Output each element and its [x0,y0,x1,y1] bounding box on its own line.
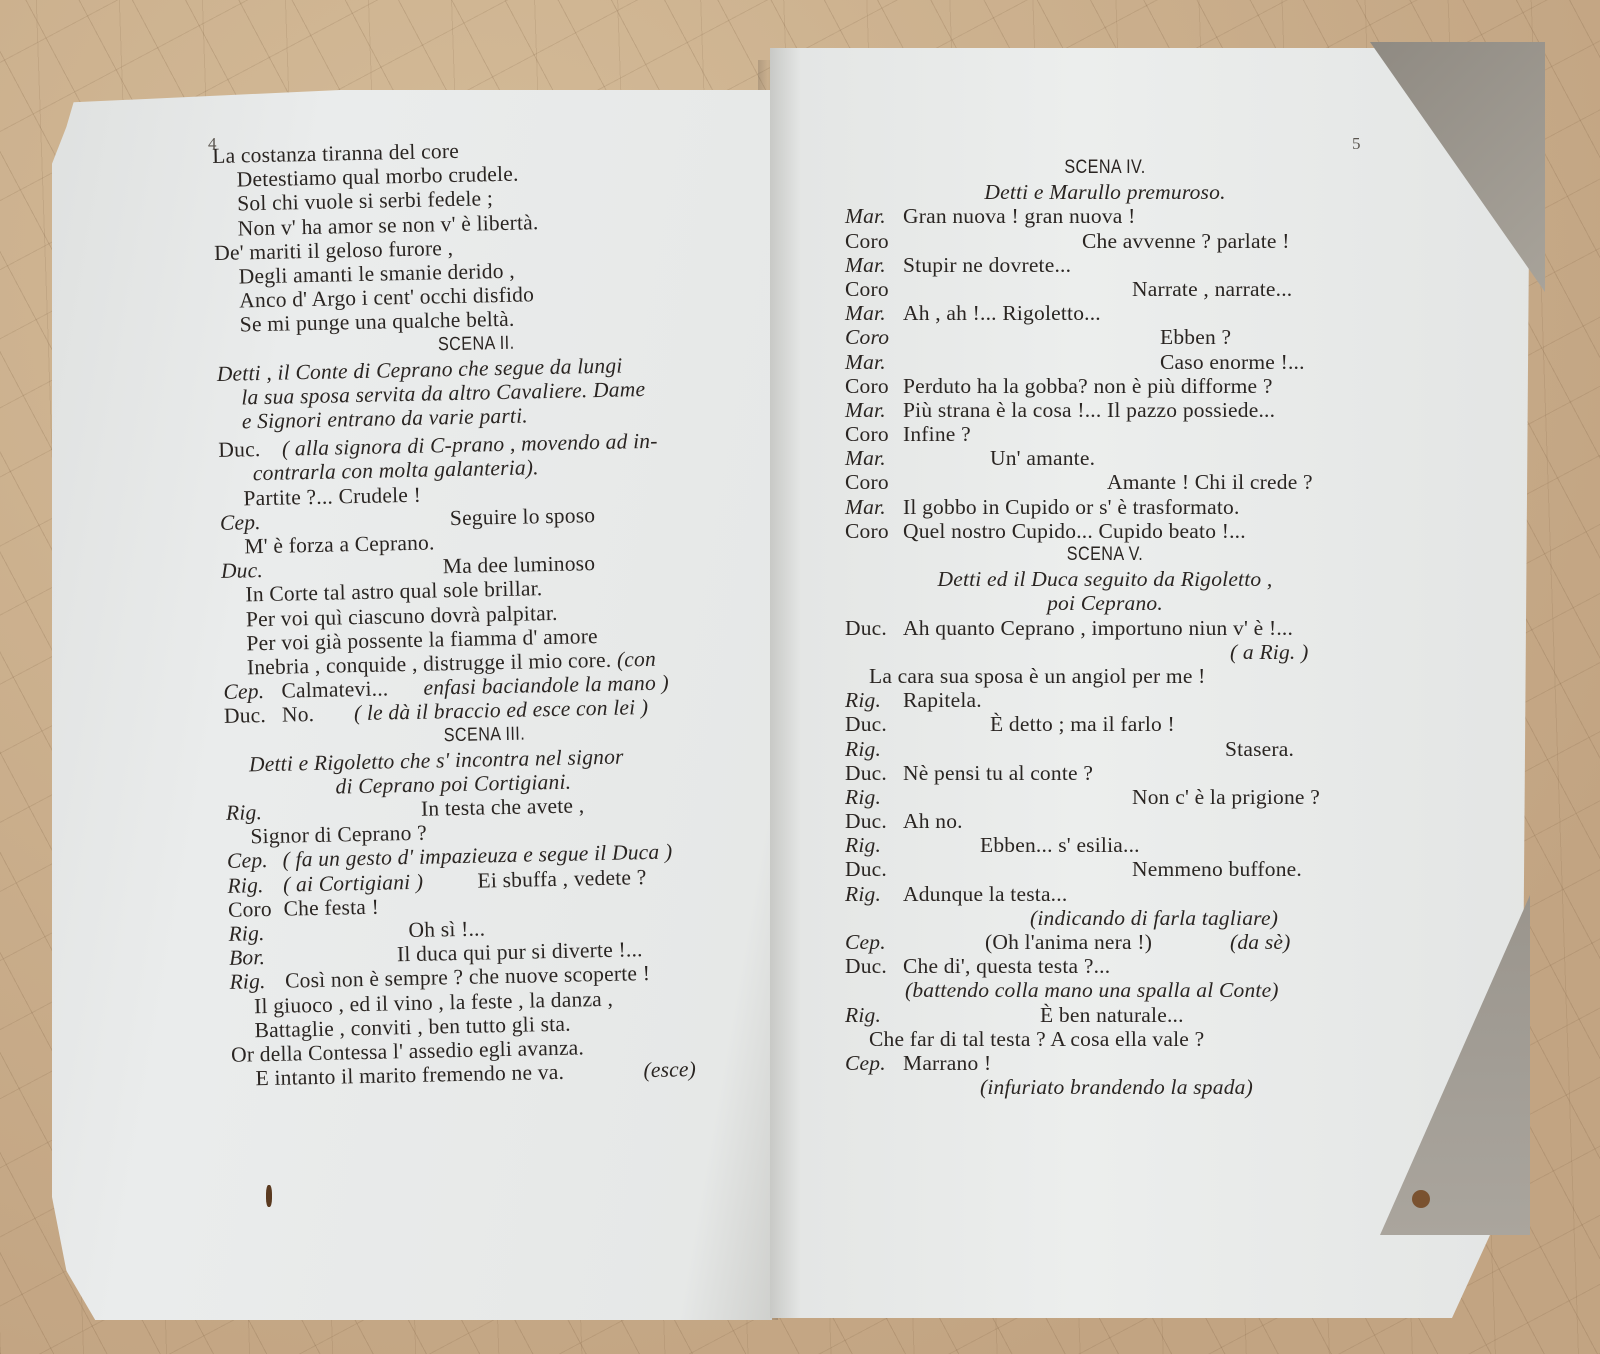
speaker: Duc. [224,703,282,728]
speaker: Mar. [845,253,903,277]
dialogue-line: Rig.Stasera. [845,737,1365,761]
speaker: Rig. [228,921,286,946]
page-number-right: 5 [1352,134,1361,154]
dialogue-line: ( a Rig. ) [845,640,1365,664]
dialogue-line: Mar.Stupir ne dovrete... [845,253,1365,277]
dialogue-line: CoroChe avvenne ? parlate ! [845,229,1365,253]
speaker: Rig. [226,800,284,825]
dialogue-line: Che far di tal testa ? A cosa ella vale … [845,1027,1365,1051]
dialogue-line: Duc.Ah quanto Ceprano , importuno niun v… [845,616,1365,640]
speaker: Coro [845,470,903,494]
speaker: Cep. [223,679,281,704]
dialogue-line: Cep.(Oh l'anima nera !)(da sè) [845,930,1365,954]
speaker: Mar. [845,301,903,325]
speaker: Coro [845,519,903,543]
speaker: Coro [228,897,278,922]
scene-heading: SCENA V. [884,543,1326,567]
speaker: Mar. [845,350,903,374]
dialogue-line: Duc.Nemmeno buffone. [845,857,1365,881]
speaker: Duc. [845,712,903,736]
dialogue-line: Mar.Un' amante. [845,446,1365,470]
dialogue-line: (battendo colla mano una spalla al Conte… [845,978,1365,1002]
dialogue-line: Mar.Caso enorme !... [845,350,1365,374]
speaker: Duc. [845,857,903,881]
speaker: Mar. [845,495,903,519]
speaker: Coro [845,325,903,349]
speaker: Cep. [227,848,277,873]
speaker: Mar. [845,204,903,228]
speaker: Coro [845,422,903,446]
dialogue-line: CoroEbben ? [845,325,1365,349]
speaker: Rig. [845,688,903,712]
dialogue-line: La cara sua sposa è un angiol per me ! [845,664,1365,688]
right-page-text: SCENA IV. Detti e Marullo premuroso. Mar… [845,156,1365,1099]
dialogue-line: Rig.Rapitela. [845,688,1365,712]
dialogue-line: CoroQuel nostro Cupido... Cupido beato !… [845,519,1365,543]
speaker: Rig. [845,882,903,906]
dialogue-line: (indicando di farla tagliare) [845,906,1365,930]
dialogue-line: Mar.Ah , ah !... Rigoletto... [845,301,1365,325]
speaker: Rig. [845,785,903,809]
speaker: Duc. [845,761,903,785]
speaker: Bor. [229,945,287,970]
speaker: Rig. [845,737,903,761]
stage-direction: Detti ed il Duca seguito da Rigoletto , [845,567,1365,591]
dialogue-line: Rig.Adunque la testa... [845,882,1365,906]
speaker: Rig. [227,872,277,897]
dialogue-line: Rig.Non c' è la prigione ? [845,785,1365,809]
speaker: Cep. [220,510,278,535]
speaker: Mar. [845,398,903,422]
speaker: Duc. [218,437,276,462]
ink-stain [1412,1190,1430,1208]
left-page-text: La costanza tiranna del core Detestiamo … [212,133,752,1091]
dialogue-line: Duc.È detto ; ma il farlo ! [845,712,1365,736]
speaker: Duc. [221,558,279,583]
dialogue-line: Rig.Ebben... s' esilia... [845,833,1365,857]
dialogue-line: Cep.Marrano ! [845,1051,1365,1075]
speaker: Duc. [845,954,903,978]
dialogue-line: Rig.È ben naturale... [845,1003,1365,1027]
dialogue-line: Duc.Ah no. [845,809,1365,833]
speaker: Cep. [845,930,903,954]
dialogue-line: Mar.Il gobbo in Cupido or s' è trasforma… [845,495,1365,519]
dialogue-line: Duc.Che di', questa testa ?... [845,954,1365,978]
stage-direction: poi Ceprano. [845,591,1365,615]
dialogue-line: CoroAmante ! Chi il crede ? [845,470,1365,494]
speaker: Coro [845,277,903,301]
speaker: Rig. [845,833,903,857]
dialogue-line: CoroInfine ? [845,422,1365,446]
speaker: Cep. [845,1051,903,1075]
speaker: Mar. [845,446,903,470]
speaker: Rig. [229,969,279,994]
speaker: Duc. [845,616,903,640]
dialogue-line: (infuriato brandendo la spada) [845,1075,1365,1099]
speaker: Rig. [845,1003,903,1027]
ink-stain [266,1185,272,1207]
dialogue-line: CoroNarrate , narrate... [845,277,1365,301]
dialogue-line: CoroPerduto ha la gobba? non è più diffo… [845,374,1365,398]
dialogue-line: Duc.Nè pensi tu al conte ? [845,761,1365,785]
speaker: Duc. [845,809,903,833]
speaker: Coro [845,374,903,398]
scene-heading: SCENA IV. [884,156,1326,180]
dialogue-line: Mar.Più strana è la cosa !... Il pazzo p… [845,398,1365,422]
speaker: Coro [845,229,903,253]
dialogue-line: Mar.Gran nuova ! gran nuova ! [845,204,1365,228]
stage-direction: Detti e Marullo premuroso. [845,180,1365,204]
